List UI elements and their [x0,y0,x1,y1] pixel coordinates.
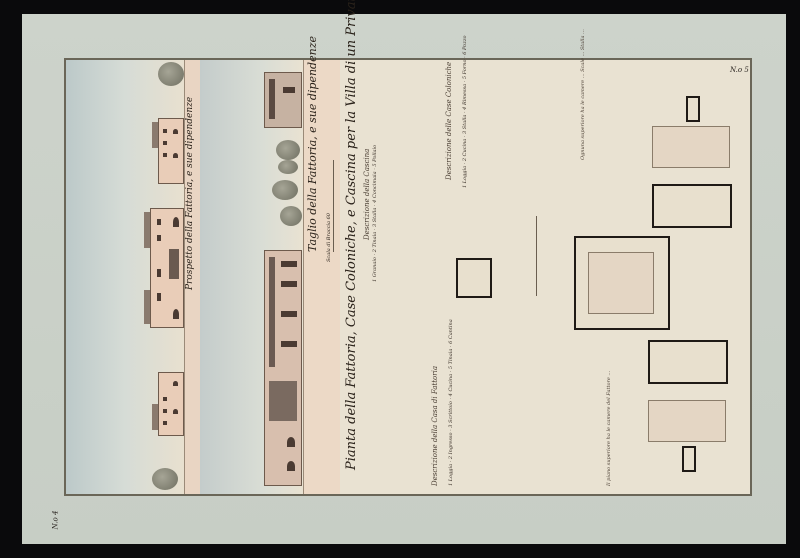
tree-icon [152,468,178,490]
pavilion-building [158,372,184,436]
legend-fattoria-items: 1 Loggia · 2 Ingresso · 3 Scrittoio · 4 … [448,319,454,486]
main-title: Pianta della Fattoria, Case Coloniche, e… [344,0,359,470]
aia-bottom [648,400,726,442]
note-case: Ognuna superiore ha le camere ... Scale … [580,29,586,160]
outbuilding-top [686,96,700,122]
outbuilding-bottom [682,446,696,472]
sheet-number-top-right: N.o 5 [730,66,749,74]
scale-bar [333,160,334,252]
casa-colonica-plan-bottom [648,340,728,384]
roof [152,122,158,148]
tree-icon [272,180,298,200]
main-fattoria-building [150,208,184,328]
scale-label: Scala di Braccia 60 [326,213,332,262]
legend-cascina-heading: Descrizione della Cascina [364,149,370,240]
note-fattoria: Il piano superiore ha le camere del Fatt… [606,371,612,486]
tree-icon [158,62,184,86]
tree-icon [280,206,302,226]
pavilion-building [158,118,184,184]
legend-case-coloniche-heading: Descrizione delle Case Coloniche [446,62,452,180]
elevation-title-1: Prospetto della Fattoria, e sue dipenden… [185,97,195,290]
legend-cascina-items: 1 Granaio · 2 Tinaia · 3 Stalla · 4 Conc… [372,145,378,282]
roof [152,404,158,430]
aia-top [652,126,730,168]
legend-case-items: 1 Loggia · 2 Cucina · 3 Stalla · 4 Rimes… [462,36,468,188]
tree-icon [278,160,298,174]
cascina-plan [456,258,492,298]
plan-scale-bar [536,216,537,296]
sheet-number-bottom-left: N.o 4 [51,511,59,530]
roof [144,290,150,324]
legend-fattoria-heading: Descrizione della Casa di Fattoria [432,366,438,486]
section-building-top [264,72,302,128]
elevation-title-2: Taglio della Fattoria, e sue dipendenze [306,36,319,252]
tree-icon [276,140,300,160]
casa-colonica-plan-top [652,184,732,228]
section-main-building [264,250,302,486]
roof [144,212,150,248]
courtyard [588,252,654,314]
